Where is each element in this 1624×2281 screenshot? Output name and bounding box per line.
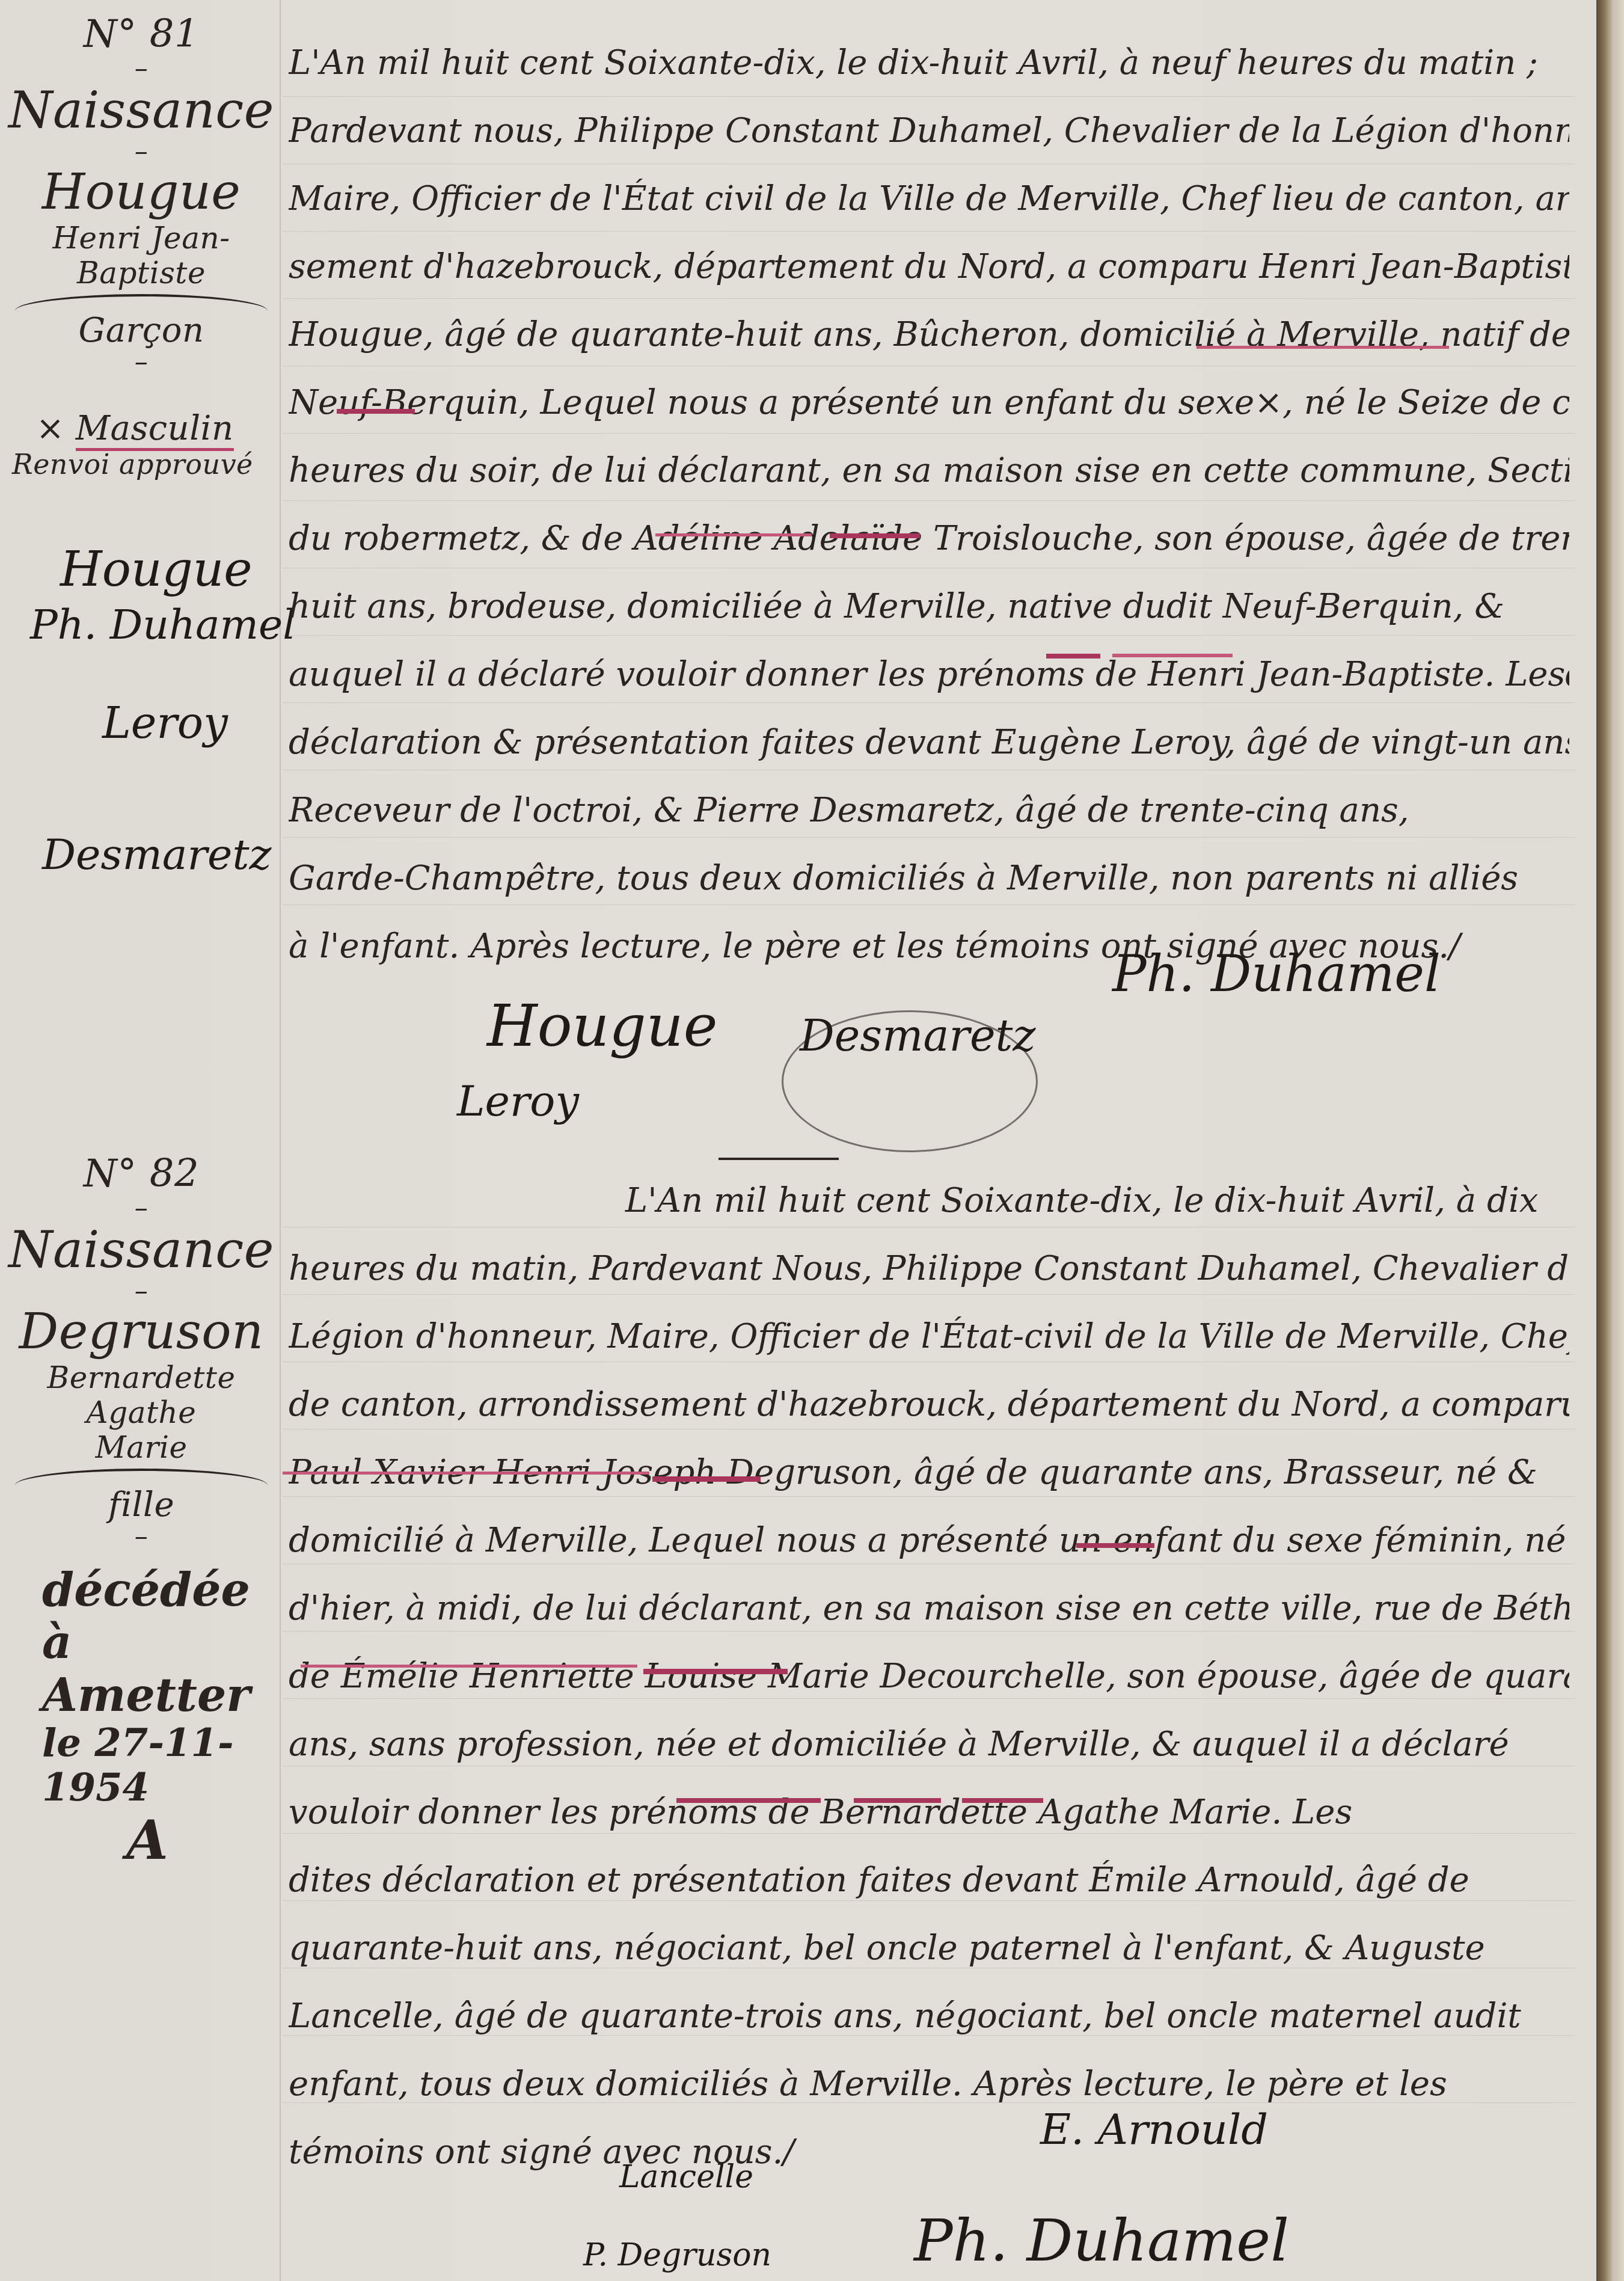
text-line: auquel il a déclaré vouloir donner les p… [289, 640, 1569, 708]
text-line: Neuf-Berquin, Lequel nous a présenté un … [289, 369, 1569, 437]
text-line: domicilié à Merville, Lequel nous a prés… [289, 1506, 1569, 1574]
name-underline [854, 1798, 941, 1803]
entry-81-text: L'An mil huit cent Soixante-dix, le dix-… [289, 29, 1569, 980]
entry-number: N° 81 [0, 12, 283, 57]
text-line: vouloir donner les prénoms de Bernardett… [289, 1778, 1569, 1846]
annotation-line: le 27-11-1954 [0, 1721, 283, 1810]
entry-given-names: Bernardette Agathe [0, 1360, 283, 1430]
text-line: d'hier, à midi, de lui déclarant, en sa … [289, 1574, 1569, 1642]
text-line: Garde-Champêtre, tous deux domiciliés à … [289, 844, 1569, 912]
annotation-line: Ametter [0, 1669, 283, 1721]
divider: – [0, 57, 283, 81]
surname-underline [830, 533, 920, 538]
divider: – [0, 350, 283, 374]
entry-81-correction: × Masculin Renvoi approuvé [0, 409, 283, 480]
register-page: N° 81 – Naissance – Hougue Henri Jean-Ba… [0, 0, 1596, 2281]
text-line: ans, sans profession, née et domiciliée … [289, 1710, 1569, 1778]
name-underline [655, 533, 812, 536]
entry-82-margin: N° 82 – Naissance – Degruson Bernardette… [0, 1152, 283, 1549]
initial-mark: A [0, 1810, 283, 1872]
signature-witness-1: E. Arnould [1040, 2105, 1268, 2154]
text-line: témoins ont signé avec nous./ [289, 2118, 1569, 2186]
text-line: déclaration & présentation faites devant… [289, 708, 1569, 776]
entry-number: N° 82 [0, 1152, 283, 1196]
entry-given-names: Henri Jean-Baptiste [0, 221, 283, 290]
text-line: L'An mil huit cent Soixante-dix, le dix-… [289, 29, 1569, 97]
divider: – [0, 1524, 283, 1549]
signature-witness-desmaretz-margin: Desmaretz [42, 830, 271, 879]
death-annotation: décédée à Ametter le 27-11-1954 A [0, 1564, 283, 1872]
text-line: L'An mil huit cent Soixante-dix, le dix-… [289, 1167, 1569, 1235]
signature-witness-leroy-margin: Leroy [102, 698, 228, 748]
correction-note: Renvoi approuvé [0, 448, 283, 480]
name-underline [283, 1472, 649, 1475]
divider: – [0, 1279, 283, 1303]
name-underline [1046, 654, 1100, 659]
signature-mayor: Ph. Duhamel [914, 2207, 1289, 2274]
entry-surname: Hougue [0, 164, 283, 221]
book-binding-edge [1596, 0, 1624, 2281]
signature-mayor-margin: Ph. Duhamel [30, 601, 296, 649]
text-line: quarante-huit ans, négociant, bel oncle … [289, 1914, 1569, 1982]
surname-underline [643, 1669, 788, 1674]
text-line: heures du soir, de lui déclarant, en sa … [289, 437, 1569, 505]
text-line: du robermetz, & de Adéline Adelaïde Troi… [289, 505, 1569, 573]
signature-mayor: Ph. Duhamel [1112, 944, 1441, 1003]
name-underline [676, 1798, 821, 1803]
entry-sex: fille [0, 1485, 283, 1524]
name-underline [1197, 346, 1449, 349]
name-underline [1112, 654, 1233, 657]
signature-father: Hougue [487, 992, 717, 1060]
surname-underline [337, 409, 415, 414]
surname-underline [652, 1476, 761, 1482]
divider: – [0, 1196, 283, 1220]
text-line: de canton, arrondissement d'hazebrouck, … [289, 1371, 1569, 1438]
text-line: sement d'hazebrouck, département du Nord… [289, 233, 1569, 301]
correction-word: Masculin [76, 409, 234, 451]
text-line: enfant, tous deux domiciliés à Merville.… [289, 2050, 1569, 2118]
text-line: de Émélie Henriette Louise Marie Decourc… [289, 1642, 1569, 1710]
correction-mark: × [36, 409, 64, 448]
entry-81-margin: N° 81 – Naissance – Hougue Henri Jean-Ba… [0, 12, 283, 374]
text-line: Maire, Officier de l'État civil de la Vi… [289, 165, 1569, 233]
brace-divider [15, 1469, 268, 1485]
separator-line [719, 1158, 839, 1160]
text-line: Légion d'honneur, Maire, Officier de l'É… [289, 1303, 1569, 1371]
signature-witness-2: Leroy [457, 1076, 579, 1126]
annotation-line: décédée à [0, 1564, 283, 1669]
text-line: Hougue, âgé de quarante-huit ans, Bûcher… [289, 301, 1569, 369]
text-line: dites déclaration et présentation faites… [289, 1846, 1569, 1914]
brace-divider [15, 294, 268, 311]
signature-father: P. Degruson [583, 2237, 771, 2273]
text-line: heures du matin, Pardevant Nous, Philipp… [289, 1235, 1569, 1303]
entry-given-names: Marie [0, 1430, 283, 1465]
name-underline [962, 1798, 1043, 1803]
text-line: Lancelle, âgé de quarante-trois ans, nég… [289, 1982, 1569, 2050]
text-line: huit ans, brodeuse, domiciliée à Mervill… [289, 573, 1569, 640]
signature-witness-2: Lancelle [619, 2159, 753, 2195]
name-underline [301, 1665, 637, 1668]
signature-father-margin: Hougue [60, 541, 253, 597]
signature-flourish [782, 1010, 1038, 1152]
entry-title: Naissance [0, 81, 283, 140]
text-line: Receveur de l'octroi, & Pierre Desmaretz… [289, 776, 1569, 844]
entry-sex: Garçon [0, 311, 283, 350]
text-line: Pardevant nous, Philippe Constant Duhame… [289, 97, 1569, 165]
entry-surname: Degruson [0, 1303, 283, 1360]
entry-title: Naissance [0, 1220, 283, 1279]
sex-underline [1076, 1543, 1154, 1548]
entry-82-text: L'An mil huit cent Soixante-dix, le dix-… [289, 1167, 1569, 2186]
divider: – [0, 140, 283, 164]
